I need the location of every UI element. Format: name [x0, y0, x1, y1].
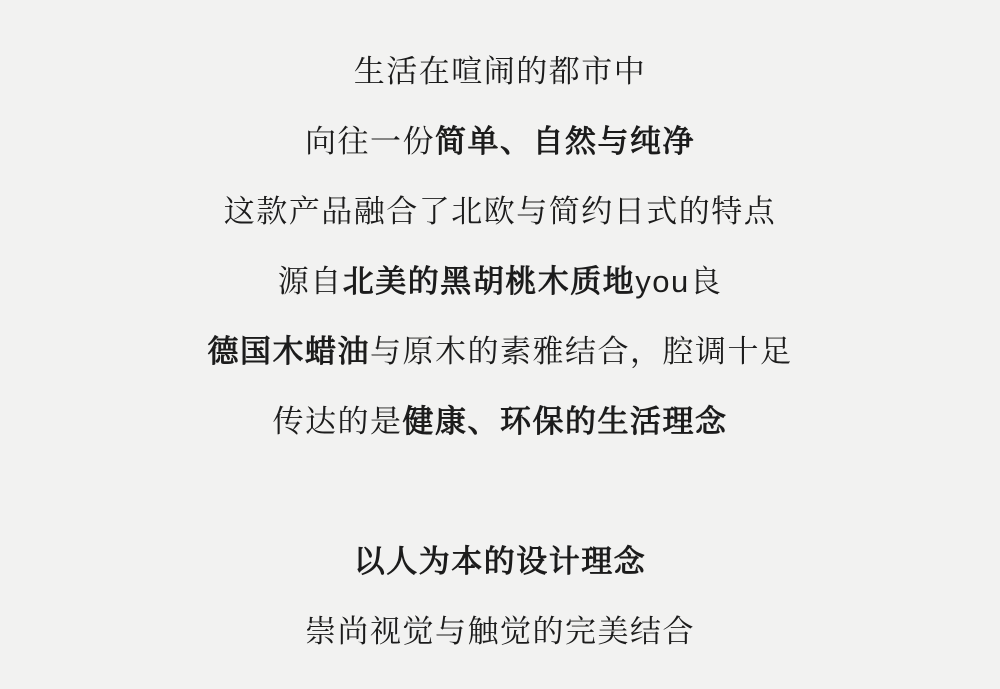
text-line: 德国木蜡油与原木的素雅结合，腔调十足 [0, 313, 1000, 383]
text-line: 生活在喧闹的都市中 [0, 33, 1000, 103]
product-description-section: 生活在喧闹的都市中向往一份简单、自然与纯净这款产品融合了北欧与简约日式的特点源自… [0, 0, 1000, 689]
text-segment-bold: 德国木蜡油 [208, 326, 371, 371]
text-segment: you良 [635, 256, 722, 301]
text-segment-bold: 以人为本的设计理念 [354, 536, 647, 581]
text-segment: 这款产品融合了北欧与简约日式的特点 [224, 186, 777, 231]
text-segment-bold: 健康、环保的生活理念 [403, 396, 728, 441]
text-segment: 向往一份 [305, 116, 435, 161]
text-line: 以人为本的设计理念 [0, 523, 1000, 593]
text-line: 向往一份简单、自然与纯净 [0, 103, 1000, 173]
text-segment: 源自 [278, 256, 343, 301]
text-segment: 生活在喧闹的都市中 [354, 46, 647, 91]
text-segment-bold: 北美的黑胡桃木质地 [343, 256, 636, 301]
text-line: 这款产品融合了北欧与简约日式的特点 [0, 173, 1000, 243]
text-segment: 传达的是 [273, 396, 403, 441]
text-lines: 生活在喧闹的都市中向往一份简单、自然与纯净这款产品融合了北欧与简约日式的特点源自… [0, 33, 1000, 663]
text-segment: 崇尚视觉与触觉的完美结合 [305, 606, 695, 651]
line-spacer [0, 453, 1000, 523]
text-segment-bold: 简单、自然与纯净 [435, 116, 695, 161]
text-line: 源自北美的黑胡桃木质地you良 [0, 243, 1000, 313]
text-line: 传达的是健康、环保的生活理念 [0, 383, 1000, 453]
text-segment: 与原木的素雅结合，腔调十足 [370, 326, 793, 371]
text-line: 崇尚视觉与触觉的完美结合 [0, 593, 1000, 663]
